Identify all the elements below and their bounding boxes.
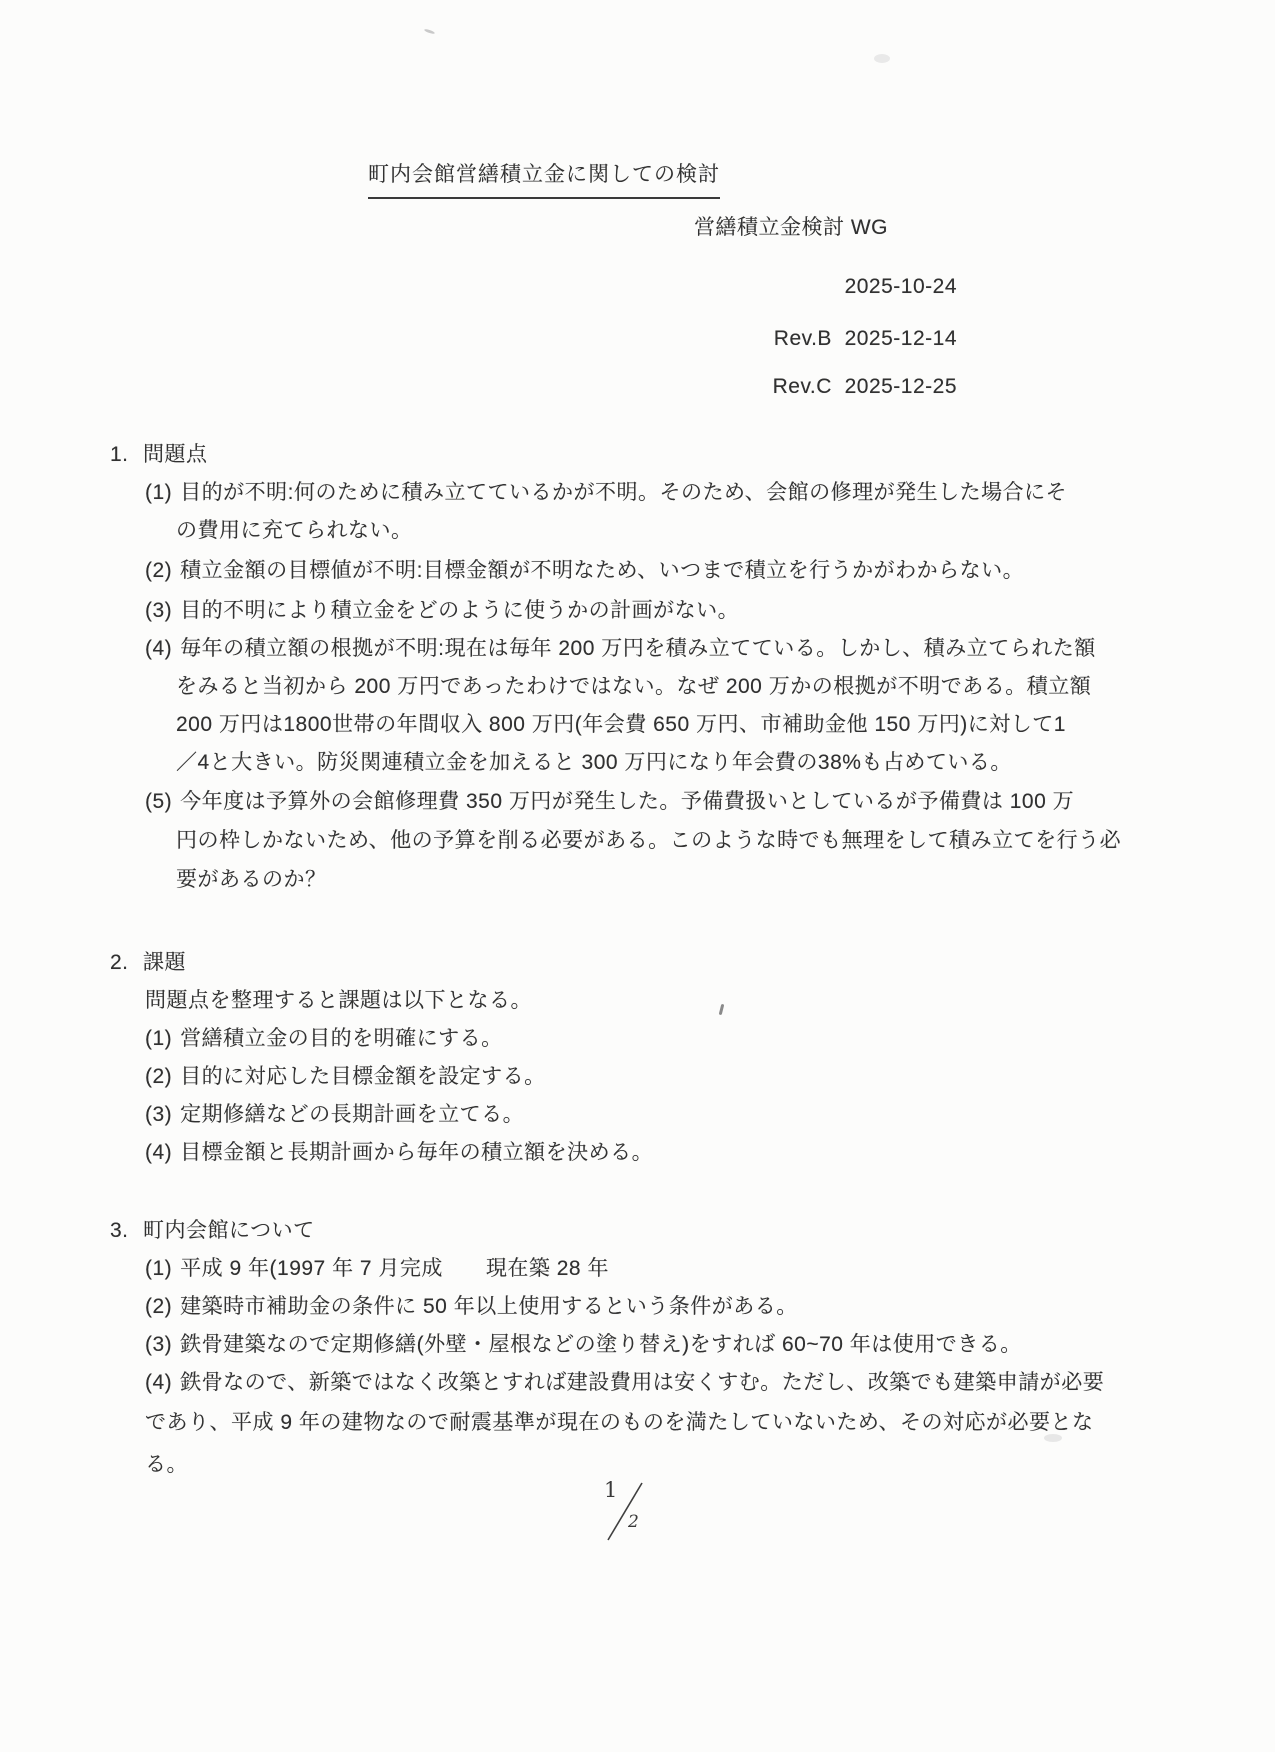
scan-artifact (719, 1004, 725, 1015)
text-line: (4)鉄骨なので、新築ではなく改築とすれば建設費用は安くすむ。ただし、改築でも建… (145, 1368, 1104, 1398)
rev-c-line: Rev.C 2025-12-25 (773, 372, 957, 402)
text-line: (2)積立金額の目標値が不明:目標金額が不明なため、いつまで積立を行うかがわから… (145, 556, 1024, 586)
text-line: (3)定期修繕などの長期計画を立てる。 (145, 1100, 524, 1130)
text-line: る。 (145, 1450, 188, 1480)
section-title: 課題 (143, 951, 186, 974)
scan-artifact (1044, 1434, 1062, 1442)
section-title: 町内会館について (143, 1219, 315, 1242)
text-line: 要があるのか？ (176, 865, 327, 895)
item-label: (4) (145, 1141, 172, 1164)
text-line: ／4と大きい。防災関連積立金を加えると 300 万円になり年会費の38%も占めて… (176, 748, 1012, 778)
text-line: (4)毎年の積立額の根拠が不明:現在は毎年 200 万円を積み立てている。しかし… (145, 634, 1096, 664)
text-line: (1)平成 9 年(1997 年 7 月完成 現在築 28 年 (145, 1254, 609, 1284)
item-label: (1) (145, 1027, 172, 1050)
text-line: であり、平成 9 年の建物なので耐震基準が現在のものを満たしていないため、その対… (145, 1408, 1094, 1438)
text-line: (4)目標金額と長期計画から毎年の積立額を決める。 (145, 1138, 653, 1168)
section-3-heading: 3.町内会館について (110, 1216, 315, 1246)
item-label: (4) (145, 1371, 172, 1394)
item-label: (4) (145, 637, 172, 660)
item-label: (3) (145, 1103, 172, 1126)
page-title: 町内会館営繕積立金に関しての検討 (368, 160, 720, 199)
section-1-heading: 1.問題点 (110, 440, 208, 470)
text-line: をみると当初から 200 万円であったわけではない。なぜ 200 万かの根拠が不… (176, 672, 1091, 702)
issue-date-line: 2025-10-24 (845, 272, 957, 302)
item-label: (1) (145, 481, 172, 504)
section-number: 1. (110, 440, 143, 470)
scan-artifact (874, 54, 890, 63)
page-number-total: 2 (628, 1512, 639, 1532)
item-label: (2) (145, 559, 172, 582)
text-line: (2)目的に対応した目標金額を設定する。 (145, 1062, 546, 1092)
text-line: (1)目的が不明:何のために積み立てているかが不明。そのため、会館の修理が発生し… (145, 478, 1067, 508)
item-label: (3) (145, 599, 172, 622)
item-label: (3) (145, 1333, 172, 1356)
item-label: (2) (145, 1295, 172, 1318)
rev-b-line: Rev.B 2025-12-14 (774, 324, 957, 354)
text-line: の費用に充てられない。 (176, 516, 413, 546)
section-number: 2. (110, 948, 143, 978)
section-title: 問題点 (143, 443, 208, 466)
item-label: (2) (145, 1065, 172, 1088)
scan-artifact (424, 28, 435, 34)
page-number-current: 1 (604, 1478, 617, 1502)
text-line: (5)今年度は予算外の会館修理費 350 万円が発生した。予備費扱いとしているが… (145, 787, 1074, 817)
item-label: (1) (145, 1257, 172, 1280)
author-line: 営繕積立金検討 WG (694, 213, 888, 243)
text-line: 円の枠しかないため、他の予算を削る必要がある。このような時でも無理をして積み立て… (176, 826, 1121, 856)
text-line: 200 万円は1800世帯の年間収入 800 万円(年会費 650 万円、市補助… (176, 710, 1066, 740)
page-number-fraction: 1 2 (598, 1478, 654, 1548)
section-number: 3. (110, 1216, 143, 1246)
section-2-intro: 問題点を整理すると課題は以下となる。 (145, 986, 532, 1016)
item-label: (5) (145, 790, 172, 813)
section-2-heading: 2.課題 (110, 948, 186, 978)
scanned-document-page: 町内会館営繕積立金に関しての検討 営繕積立金検討 WG 2025-10-24 R… (0, 0, 1275, 1752)
text-line: (3)目的不明により積立金をどのように使うかの計画がない。 (145, 596, 739, 626)
text-line: (2)建築時市補助金の条件に 50 年以上使用するという条件がある。 (145, 1292, 798, 1322)
text-line: (1)営繕積立金の目的を明確にする。 (145, 1024, 503, 1054)
text-line: (3)鉄骨建築なので定期修繕(外壁・屋根などの塗り替え)をすれば 60~70 年… (145, 1330, 1022, 1360)
